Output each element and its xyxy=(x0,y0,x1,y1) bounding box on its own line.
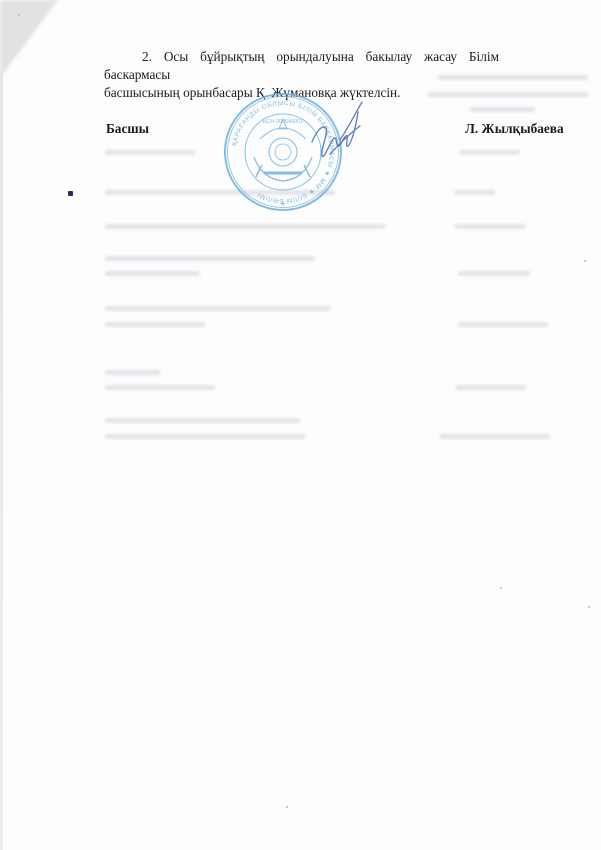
handwritten-signature xyxy=(300,100,370,170)
svg-text:БСН 000640001: БСН 000640001 xyxy=(263,119,304,125)
signatory-name: Л. Жылқыбаева xyxy=(465,121,564,137)
signatory-title: Басшы xyxy=(106,121,149,137)
document-page: 2. Осы бұйрықтың орындалуына бакылау жас… xyxy=(0,0,601,850)
paragraph-line-1: 2. Осы бұйрықтың орындалуына бакылау жас… xyxy=(104,48,499,84)
svg-text:✳: ✳ xyxy=(280,201,285,208)
marker-dot xyxy=(68,191,73,196)
folded-corner-shadow xyxy=(0,0,58,78)
page-edge xyxy=(0,70,3,850)
